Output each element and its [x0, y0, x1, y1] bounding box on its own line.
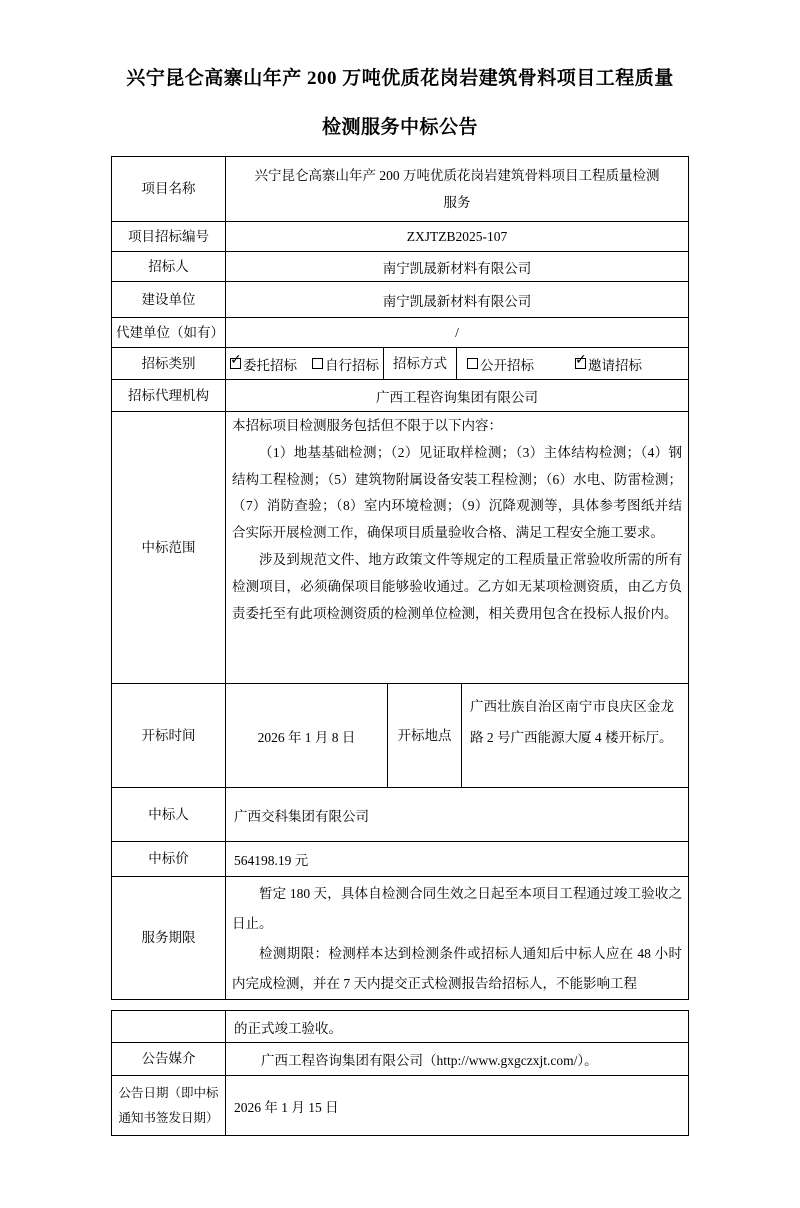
- row-media: 公告媒介 广西工程咨询集团有限公司（http://www.gxgczxjt.co…: [112, 1042, 688, 1075]
- winner-value: 广西交科集团有限公司: [225, 788, 688, 841]
- option-entrusted-tender: 委托招标: [230, 354, 297, 374]
- agent-unit-value: /: [225, 318, 688, 347]
- document-page: 兴宁昆仑高寨山年产 200 万吨优质花岗岩建筑骨料项目工程质量检测服务中标公告 …: [0, 0, 800, 1208]
- service-period-paragraph: 暂定 180 天，具体自检测合同生效之日起至本项目工程通过竣工验收之日止。: [232, 879, 682, 939]
- service-period-label: 服务期限: [112, 877, 225, 999]
- row-tenderer: 招标人 南宁凯晟新材料有限公司: [112, 251, 688, 281]
- agent-unit-label: 代建单位（如有）: [112, 318, 225, 347]
- option-label: 自行招标: [325, 354, 379, 374]
- scope-paragraph: 涉及到规范文件、地方政策文件等规定的工程质量正常验收所需的所有检测项目，必须确保…: [232, 547, 682, 627]
- scope-label: 中标范围: [112, 412, 225, 683]
- checked-checkbox-icon: [230, 358, 241, 369]
- media-value-text: 广西工程咨询集团有限公司（http://www.gxgczxjt.com/）。: [234, 1049, 680, 1069]
- row-scope: 中标范围 本招标项目检测服务包括但不限于以下内容： （1）地基基础检测；（2）见…: [112, 411, 688, 683]
- option-open-tender: 公开招标: [467, 354, 534, 374]
- bid-opening-place-label: 开标地点: [387, 684, 461, 787]
- bid-opening-time-label: 开标时间: [112, 684, 225, 787]
- service-period-value: 暂定 180 天，具体自检测合同生效之日起至本项目工程通过竣工验收之日止。 检测…: [225, 877, 688, 999]
- row-winner: 中标人 广西交科集团有限公司: [112, 787, 688, 841]
- tender-method-options: 公开招标 邀请招标: [456, 348, 688, 379]
- construction-unit-value: 南宁凯晟新材料有限公司: [225, 282, 688, 317]
- winner-label: 中标人: [112, 788, 225, 841]
- row-service-period-continuation: 的正式竣工验收。: [112, 1011, 688, 1042]
- tenderer-label: 招标人: [112, 252, 225, 281]
- tender-category-label: 招标类别: [112, 348, 225, 379]
- continuation-empty-label: [112, 1011, 225, 1042]
- row-tender-category: 招标类别 委托招标 自行招标 招标方式 公开招标 邀: [112, 347, 688, 379]
- scope-paragraph: 本招标项目检测服务包括但不限于以下内容：: [232, 413, 682, 440]
- unchecked-checkbox-icon: [312, 358, 323, 369]
- project-name-value: 兴宁昆仑高寨山年产 200 万吨优质花岗岩建筑骨料项目工程质量检测服务: [225, 157, 688, 221]
- tender-no-value: ZXJTZB2025-107: [225, 222, 688, 251]
- tenderer-value: 南宁凯晟新材料有限公司: [225, 252, 688, 281]
- agency-value: 广西工程咨询集团有限公司: [225, 380, 688, 411]
- option-label: 邀请招标: [588, 354, 642, 374]
- option-label: 公开招标: [480, 354, 534, 374]
- row-construction-unit: 建设单位 南宁凯晟新材料有限公司: [112, 281, 688, 317]
- price-value: 564198.19 元: [225, 842, 688, 876]
- price-label: 中标价: [112, 842, 225, 876]
- construction-unit-label: 建设单位: [112, 282, 225, 317]
- media-label: 公告媒介: [112, 1043, 225, 1075]
- bid-opening-place-value: 广西壮族自治区南宁市良庆区金龙路 2 号广西能源大厦 4 楼开标厅。: [461, 684, 688, 787]
- scope-paragraph: （1）地基基础检测；（2）见证取样检测；（3）主体结构检测；（4）钢结构工程检测…: [232, 440, 682, 547]
- unchecked-checkbox-icon: [467, 358, 478, 369]
- row-price: 中标价 564198.19 元: [112, 841, 688, 876]
- row-project-name: 项目名称 兴宁昆仑高寨山年产 200 万吨优质花岗岩建筑骨料项目工程质量检测服务: [112, 157, 688, 221]
- service-period-paragraph: 检测期限：检测样本达到检测条件或招标人通知后中标人应在 48 小时内完成检测，并…: [232, 939, 682, 999]
- continuation-value: 的正式竣工验收。: [225, 1011, 688, 1042]
- option-label: 委托招标: [243, 354, 297, 374]
- row-bid-opening: 开标时间 2026 年 1 月 8 日 开标地点 广西壮族自治区南宁市良庆区金龙…: [112, 683, 688, 787]
- checked-checkbox-icon: [575, 358, 586, 369]
- option-self-tender: 自行招标: [312, 354, 379, 374]
- project-name-label: 项目名称: [112, 157, 225, 221]
- row-agent-unit: 代建单位（如有） /: [112, 317, 688, 347]
- row-tender-no: 项目招标编号 ZXJTZB2025-107: [112, 221, 688, 251]
- tender-category-options: 委托招标 自行招标: [225, 348, 383, 379]
- bid-opening-time-value: 2026 年 1 月 8 日: [225, 684, 387, 787]
- tender-no-label: 项目招标编号: [112, 222, 225, 251]
- media-value: 广西工程咨询集团有限公司（http://www.gxgczxjt.com/）。: [225, 1043, 688, 1075]
- announce-date-value: 2026 年 1 月 15 日: [225, 1076, 688, 1135]
- row-announce-date: 公告日期（即中标通知书签发日期） 2026 年 1 月 15 日: [112, 1075, 688, 1135]
- agency-label: 招标代理机构: [112, 380, 225, 411]
- row-agency: 招标代理机构 广西工程咨询集团有限公司: [112, 379, 688, 411]
- row-service-period: 服务期限 暂定 180 天，具体自检测合同生效之日起至本项目工程通过竣工验收之日…: [112, 876, 688, 999]
- bid-announcement-table: 项目名称 兴宁昆仑高寨山年产 200 万吨优质花岗岩建筑骨料项目工程质量检测服务…: [111, 156, 689, 1000]
- tender-method-label: 招标方式: [383, 348, 456, 379]
- page-title: 兴宁昆仑高寨山年产 200 万吨优质花岗岩建筑骨料项目工程质量检测服务中标公告: [119, 0, 681, 152]
- announce-date-label: 公告日期（即中标通知书签发日期）: [112, 1076, 225, 1135]
- announcement-footer-table: 的正式竣工验收。 公告媒介 广西工程咨询集团有限公司（http://www.gx…: [111, 1010, 689, 1136]
- scope-value: 本招标项目检测服务包括但不限于以下内容： （1）地基基础检测；（2）见证取样检测…: [225, 412, 688, 683]
- option-invited-tender: 邀请招标: [575, 354, 642, 374]
